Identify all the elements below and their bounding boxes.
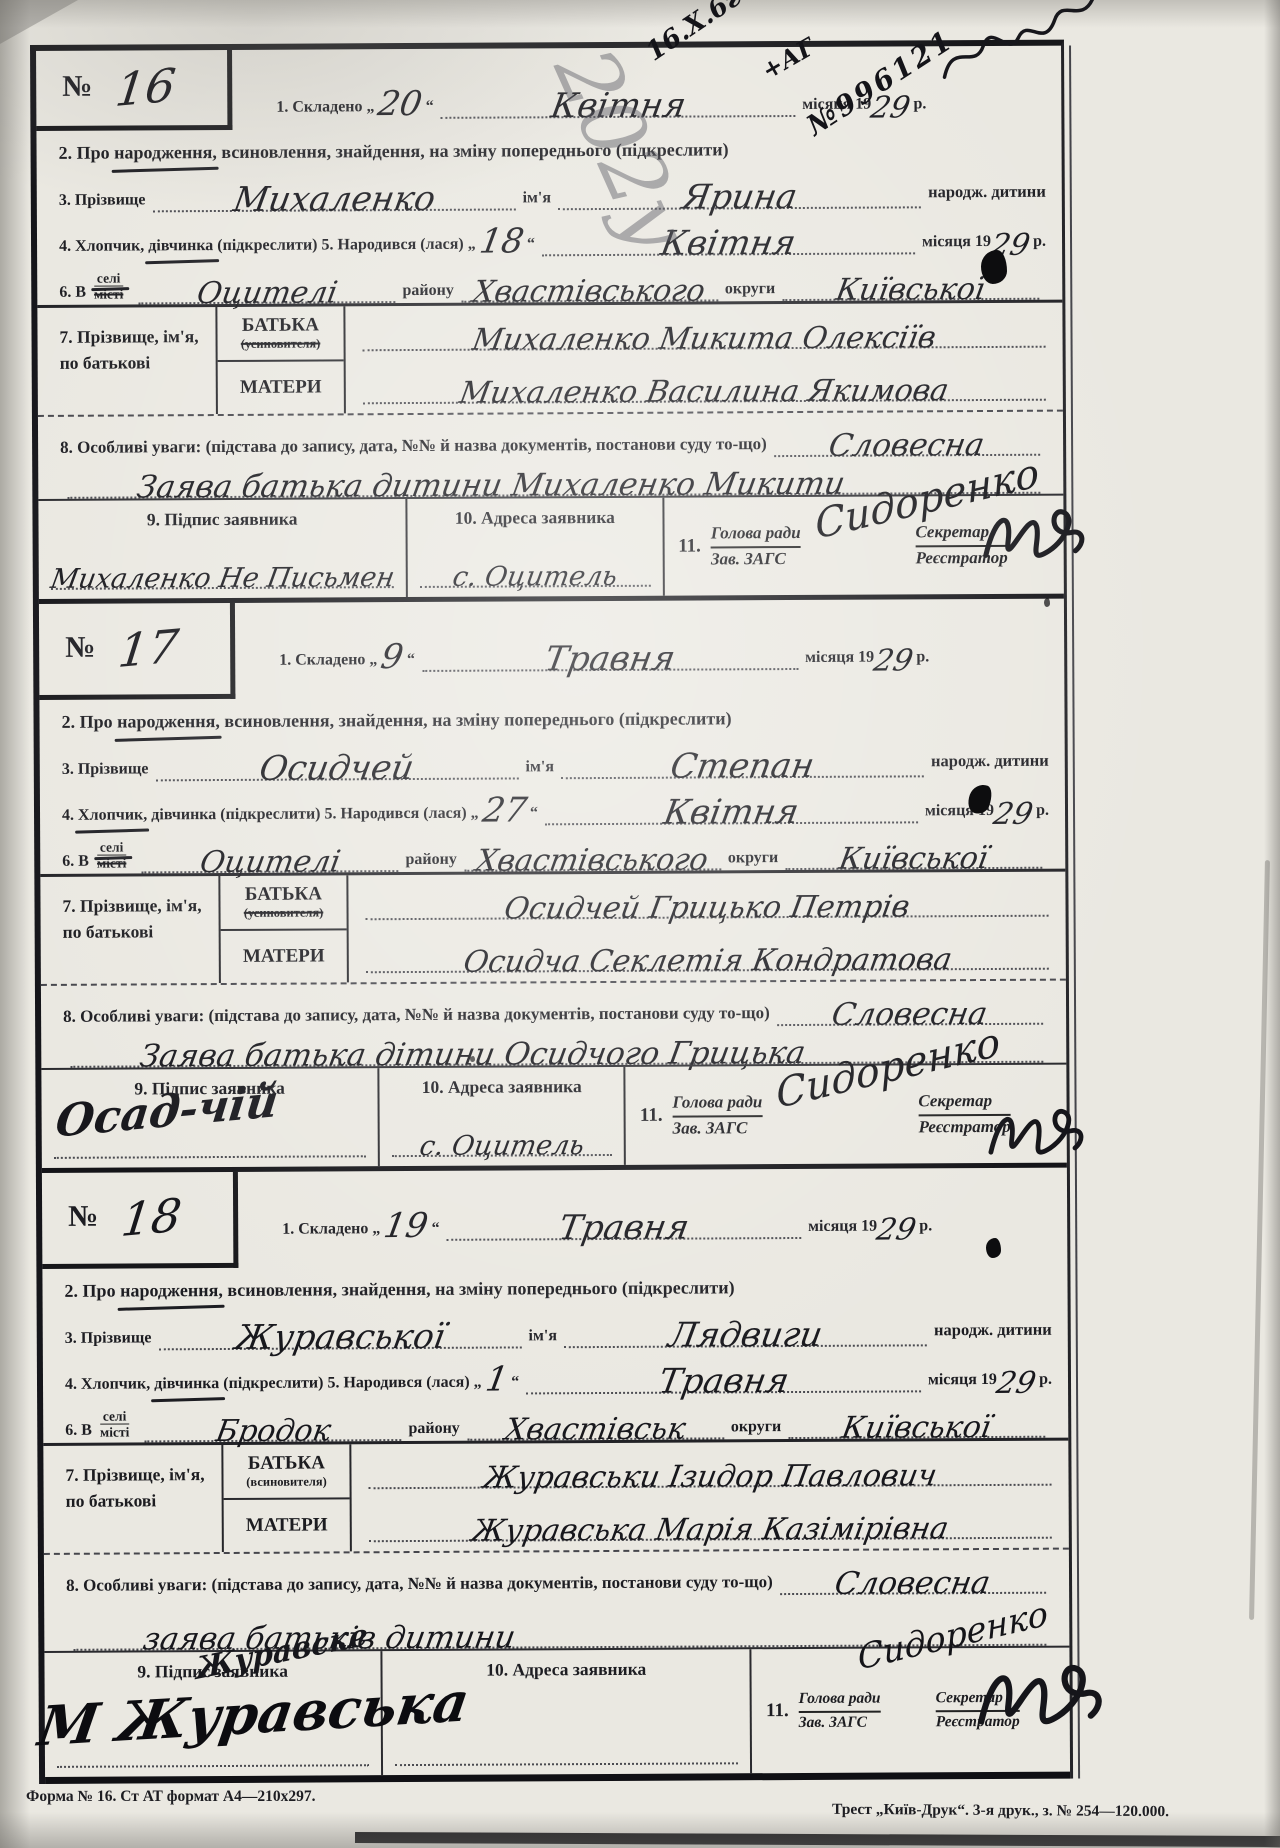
applicant-address-line [395, 1744, 738, 1766]
label-parents: 7. Прізвище, ім'я,по батькові [37, 307, 216, 415]
parents-block: 7. Прізвище, ім'я,по батькові БАТЬКА (ус… [37, 300, 1063, 417]
label-raion: району [405, 851, 456, 872]
year-handwritten: 29 [991, 801, 1034, 827]
remarks-word-line: Словесна [774, 426, 1040, 457]
okruha-line: Київської [785, 840, 1042, 870]
label-name: ім'я [525, 758, 554, 779]
okruha-entry: Київської [837, 846, 990, 872]
child-name-line: Лядвиги [564, 1314, 927, 1348]
head-of-council-labels: Голова радиЗав. ЗАГС [672, 1091, 762, 1140]
child-name-line: Степан [561, 745, 924, 779]
label-r: р. [909, 95, 926, 116]
mother-label-cell: МАТЕРИ [224, 1499, 350, 1552]
raion-line: Хвастівського [461, 272, 718, 302]
record-number: 18 [120, 1196, 184, 1240]
label-r: р. [912, 648, 929, 669]
label-composed: 1. Складено „ [279, 651, 381, 673]
gender-boy: Хлопчик [81, 1375, 146, 1396]
composed-month-line: Травня [447, 1207, 802, 1241]
applicant-signature: Михаленко Не Письмен [49, 567, 396, 592]
signature-row: 9. Підпис заявника Осад-чій 10. Адреса з… [41, 1063, 1067, 1168]
birth-month-entry: Травня [656, 1367, 790, 1397]
label-remarks: 8. Особливі уваги: (підстава до запису, … [63, 1003, 770, 1030]
mother-line: Осидча Секлетія Кондратова [366, 941, 1049, 974]
birth-day-entry: 1 [483, 1366, 510, 1395]
gender-birth-line: 4. Хлопчик , дівчинка (підкреслити) 5. Н… [40, 777, 1065, 828]
event-birth-underlined: народження [117, 711, 215, 736]
gender-birth-line: 4. Хлопчик , дівчинка (підкреслити) 5. Н… [43, 1346, 1068, 1397]
label-r: р. [1032, 802, 1049, 823]
father-label-cell: БАТЬКА (усиновителя) [220, 875, 346, 930]
event-type-line: 2. Про народження , всиновлення, знайден… [36, 126, 1061, 167]
option-city: місті [100, 1425, 129, 1441]
record-17: № 17 1. Складено „ 9 “ Травня місяця 19 … [39, 599, 1067, 1173]
secretary-signature-scrawl [969, 1643, 1110, 1756]
father-line: Михаленко Микита Олексіїв [362, 318, 1045, 351]
birth-month-line: Квітня [545, 791, 918, 825]
raion-entry: Хвастівського [471, 278, 707, 305]
label-month-year: місяця 19 [805, 649, 874, 670]
surname-line: Осидчей [155, 747, 518, 781]
label-applicant-signature: 9. Підпис заявника [38, 499, 405, 534]
label-in: 6. В [62, 853, 89, 874]
parents-block: 7. Прізвище, ім'я,по батькові БАТЬКА (вс… [43, 1438, 1069, 1555]
applicant-signature-line [54, 1155, 366, 1159]
label-adopter-struck: (усиновителя) [241, 336, 321, 351]
applicant-address-line: с. Оцитель [420, 561, 650, 588]
option-village: селі [94, 270, 124, 287]
parent-role-column: БАТЬКА (усиновителя) МАТЕРИ [215, 306, 346, 414]
label-child: народж. дитини [934, 1320, 1052, 1347]
label-born: (підкреслити) 5. Народився (лася) „ [219, 1374, 485, 1396]
no-symbol: № [68, 1200, 98, 1237]
mother-row: Михаленко Василина Якимова [346, 356, 1063, 413]
label-4: 4. [59, 238, 75, 259]
gender-boy: Хлопчик [75, 237, 140, 258]
village-city-options: селі місті [97, 839, 127, 873]
label-about: 2. Про [61, 712, 117, 736]
village-city-options: селі місті [100, 1408, 130, 1442]
officials-cell: 11. Голова радиЗав. ЗАГС Сидоренко Секре… [664, 496, 1064, 596]
label-month-year: місяця 19 [928, 1371, 997, 1392]
comma: , [140, 237, 148, 258]
gender-girl-underlined: дівчинка [154, 1375, 219, 1396]
label-child: народж. дитини [931, 751, 1049, 778]
birth-month-line: Квітня [542, 222, 915, 256]
secretary-signature-scrawl [977, 489, 1090, 586]
label-name: ім'я [523, 189, 552, 210]
record-number-box: № 18 [42, 1172, 238, 1269]
surname-line: Журавської [158, 1316, 521, 1350]
year-handwritten: 29 [994, 1370, 1037, 1396]
remarks-entry: Словесна [827, 432, 986, 459]
label-11: 11. [766, 1700, 789, 1722]
mother-line: Журавська Марія Казімірівна [369, 1510, 1052, 1543]
label-4: 4. [65, 1376, 81, 1397]
label-adopter-struck: (усиновителя) [244, 905, 324, 920]
applicant-signature-cell: 9. Підпис заявника Михаленко Не Письмен [38, 499, 408, 599]
record-number: 17 [117, 627, 181, 671]
label-parents: 7. Прізвище, ім'я,по батькові [40, 876, 219, 984]
remarks-word-line: Словесна [780, 1564, 1046, 1595]
surname-entry: Журавської [233, 1323, 447, 1353]
label-in: 6. В [59, 284, 86, 305]
signature-row: 9. Підпис заявника Михаленко Не Письмен … [38, 494, 1064, 599]
option-village: селі [100, 1408, 130, 1425]
label-surname: 3. Прізвище [59, 191, 146, 212]
label-father: БАТЬКА [242, 314, 319, 336]
birth-month-entry: Квітня [662, 798, 801, 828]
label-raion: району [408, 1420, 459, 1441]
applicant-address-cell: 10. Адреса заявника с. Оцитель [408, 498, 665, 597]
form-footer-note: Форма № 16. Ст АТ формат А4—210х297. [26, 1788, 315, 1809]
okruha-entry: Київської [840, 1415, 993, 1441]
officials-cell: 11. Голова радиЗав. ЗАГС Сидоренко Секре… [626, 1065, 1067, 1165]
event-type-line: 2. Про народження , всиновлення, знайден… [42, 1264, 1067, 1305]
birth-day-entry: 18 [477, 228, 525, 257]
raion-entry: Хвастівськ [503, 1417, 687, 1443]
torn-corner [0, 0, 78, 44]
officials-cell: 11. Голова радиЗав. ЗАГС Сидоренко Секре… [752, 1648, 1070, 1774]
label-event-rest: , всиновлення, знайдення, на зміну попер… [218, 1277, 734, 1304]
village-line: Оцителі [138, 274, 395, 304]
applicant-signature-cell: 9. Підпис заявника Журавске М Журавська [44, 1651, 383, 1777]
label-surname: 3. Прізвище [62, 760, 149, 781]
event-birth-underlined: народження [114, 142, 212, 167]
quote: “ [526, 804, 538, 825]
parent-entries: Михаленко Микита Олексіїв Михаленко Васи… [345, 303, 1063, 414]
label-father: БАТЬКА [245, 883, 322, 905]
head-of-council-labels: Голова радиЗав. ЗАГС [799, 1688, 881, 1733]
ink-speck [470, 1056, 475, 1062]
label-remarks: 8. Особливі уваги: (підстава до запису, … [60, 434, 767, 461]
gender-boy-underlined: Хлопчик [78, 806, 143, 827]
comma: , [143, 806, 151, 827]
parent-role-column: БАТЬКА (всиновителя) МАТЕРИ [221, 1444, 352, 1552]
mother-label-cell: МАТЕРИ [221, 930, 347, 983]
quote: “ [422, 98, 434, 119]
option-village: селі [97, 839, 127, 856]
bottom-edge-shadow [355, 1832, 1280, 1847]
remarks-line: 8. Особливі уваги: (підстава до запису, … [44, 1550, 1069, 1599]
surname-entry: Михаленко [231, 185, 437, 215]
comma: , [146, 1375, 154, 1396]
applicant-address: с. Оцитель [418, 1135, 586, 1159]
label-11: 11. [678, 535, 701, 557]
parent-entries: Журавськи Ізидор Павлович Журавська Марі… [351, 1441, 1069, 1552]
parents-block: 7. Прізвище, ім'я,по батькові БАТЬКА (ус… [40, 869, 1066, 986]
village-entry: Бродок [214, 1418, 333, 1444]
composed-month: Травня [543, 645, 677, 675]
village-line: Бродок [144, 1412, 401, 1442]
label-r: р. [1029, 233, 1046, 254]
label-okruha: округи [725, 280, 775, 301]
label-4: 4. [62, 807, 78, 828]
village-line: Оцителі [141, 843, 398, 873]
scanned-registry-page: 16.X.6г +АГ №996121 202у № 16 1. Складен… [0, 0, 1280, 1848]
raion-line: Хвастівськ [467, 1410, 724, 1440]
label-raion: району [402, 282, 453, 303]
year-handwritten: 29 [874, 1217, 917, 1243]
label-adopter: (всиновителя) [246, 1474, 327, 1489]
father-line: Журавськи Ізидор Павлович [368, 1456, 1051, 1489]
label-r: р. [1035, 1371, 1052, 1392]
applicant-signature-line: Михаленко Не Письмен [51, 562, 394, 590]
father-label-cell: БАТЬКА (всиновителя) [223, 1444, 349, 1499]
father-line: Осидчей Грицько Петрів [365, 887, 1048, 920]
label-born: (підкреслити) 5. Народився (лася) „ [213, 236, 479, 258]
label-remarks: 8. Особливі уваги: (підстава до запису, … [66, 1572, 773, 1599]
printer-footer-note: Трест „Київ-Друк“. 3-я друк., з. № 254—1… [832, 1801, 1169, 1824]
village-entry: Оцителі [195, 280, 339, 306]
mother-label-cell: МАТЕРИ [218, 361, 344, 414]
page-edge-shadow [1249, 860, 1270, 1620]
label-applicant-address: 10. Адреса заявника [380, 1067, 624, 1101]
date-composed-line: 1. Складено „ 19 “ Травня місяця 19 29 р… [238, 1168, 1067, 1268]
ink-blot [981, 250, 1007, 284]
ink-blot [986, 1238, 1001, 1258]
gender-girl: дівчинка [151, 806, 216, 827]
father-entry: Осидчей Грицько Петрів [502, 894, 911, 922]
record-header: № 18 1. Складено „ 19 “ Травня місяця 19… [42, 1168, 1067, 1269]
father-label-cell: БАТЬКА (усиновителя) [217, 306, 343, 361]
label-r: р. [915, 1217, 932, 1238]
signature-row: 9. Підпис заявника Журавске М Журавська … [44, 1646, 1070, 1777]
label-about: 2. Про [59, 143, 115, 167]
label-parents: 7. Прізвище, ім'я,по батькові [43, 1445, 222, 1553]
mother-entry: Журавська Марія Казімірівна [470, 1516, 951, 1544]
village-entry: Оцителі [198, 849, 342, 875]
label-name: ім'я [528, 1327, 557, 1348]
year-handwritten: 29 [871, 648, 914, 674]
record-header: № 17 1. Складено „ 9 “ Травня місяця 19 … [39, 599, 1064, 700]
registry-form: № 16 1. Складено „ 20 “ Квітня місяця 19… [30, 40, 1073, 1784]
composed-day: 20 [376, 90, 424, 119]
label-month-year: місяця 19 [922, 233, 991, 254]
label-about: 2. Про [64, 1281, 120, 1305]
remarks-line: 8. Особливі уваги: (підстава до запису, … [41, 981, 1066, 1030]
applicant-address-line: с. Оцитель [392, 1130, 612, 1157]
mother-entry: Михаленко Василина Якимова [458, 378, 951, 406]
remarks-entry: Словесна [830, 1001, 989, 1028]
label-mother: МАТЕРИ [246, 1514, 328, 1536]
quote: “ [403, 651, 415, 672]
quote: “ [428, 1220, 440, 1241]
record-number-box: № 16 [36, 50, 232, 131]
head-of-council-labels: Голова радиЗав. ЗАГС [711, 522, 801, 571]
surname-entry: Осидчей [258, 754, 416, 784]
label-11: 11. [640, 1105, 663, 1127]
composed-month-line: Травня [422, 638, 798, 672]
mother-row: Осидча Секлетія Кондратова [349, 925, 1066, 982]
place-line: 6. В селі місті Оцителі району Хвастівсь… [40, 823, 1065, 874]
father-row: Осидчей Грицько Петрів [348, 872, 1065, 929]
label-mother: МАТЕРИ [240, 376, 322, 398]
event-type-line: 2. Про народження , всиновлення, знайден… [39, 695, 1064, 736]
applicant-signature-cell: 9. Підпис заявника Осад-чій [41, 1068, 380, 1168]
event-birth-underlined: народження [120, 1280, 218, 1305]
date-composed-line: 1. Складено „ 9 “ Травня місяця 19 29 р. [235, 599, 1064, 699]
okruha-entry: Київської [834, 277, 987, 303]
applicant-signature-line [57, 1764, 369, 1768]
gender-girl-underlined: дівчинка [148, 237, 213, 258]
record-18: № 18 1. Складено „ 19 “ Травня місяця 19… [42, 1168, 1070, 1784]
quote: “ [523, 235, 535, 256]
raion-entry: Хвастівського [474, 847, 710, 874]
surname-line: Михаленко [152, 178, 515, 212]
birth-day-entry: 27 [480, 797, 528, 826]
parent-role-column: БАТЬКА (усиновителя) МАТЕРИ [218, 875, 349, 983]
mother-line: Михаленко Василина Якимова [363, 372, 1046, 405]
father-entry: Михаленко Микита Олексіїв [470, 325, 937, 353]
ink-speck [1044, 598, 1050, 607]
father-entry: Журавськи Ізидор Павлович [481, 1463, 938, 1491]
composed-day: 19 [382, 1212, 430, 1241]
applicant-address-cell: 10. Адреса заявника с. Оцитель [380, 1067, 627, 1166]
record-number-box: № 17 [39, 603, 235, 700]
no-symbol: № [65, 631, 95, 668]
record-number: 16 [114, 66, 178, 110]
secretary-signature-scrawl [971, 1092, 1101, 1179]
record-16: № 16 1. Складено „ 20 “ Квітня місяця 19… [36, 46, 1064, 604]
child-name-entry: Степан [669, 752, 817, 782]
composed-day: 9 [379, 643, 406, 672]
composed-month: Травня [557, 1214, 691, 1244]
village-city-options: селі місті [94, 270, 124, 304]
mother-entry: Осидча Секлетія Кондратова [461, 947, 953, 975]
label-okruha: округи [731, 1418, 781, 1439]
label-month-year: місяця 19 [808, 1218, 877, 1239]
quote: “ [507, 1373, 519, 1394]
label-okruha: округи [728, 849, 778, 870]
mother-row: Журавська Марія Казімірівна [352, 1494, 1069, 1551]
label-father: БАТЬКА [248, 1452, 325, 1474]
label-applicant-address: 10. Адреса заявника [408, 498, 662, 532]
label-in: 6. В [65, 1422, 92, 1443]
father-row: Журавськи Ізидор Павлович [351, 1441, 1068, 1498]
no-symbol: № [62, 70, 92, 107]
label-mother: МАТЕРИ [243, 945, 325, 967]
label-child: народж. дитини [928, 182, 1046, 209]
remarks-line: 8. Особливі уваги: (підстава до запису, … [38, 412, 1063, 461]
applicant-address: с. Оцитель [451, 566, 619, 590]
remarks-entry: Словесна [833, 1570, 992, 1597]
label-composed: 1. Складено „ [276, 98, 378, 120]
label-born: (підкреслити) 5. Народився (лася) „ [216, 805, 482, 827]
label-event-rest: , всиновлення, знайдення, на зміну попер… [215, 708, 731, 735]
father-row: Михаленко Микита Олексіїв [345, 303, 1062, 360]
child-name-entry: Лядвиги [666, 1321, 824, 1351]
remarks-word-line: Словесна [777, 995, 1043, 1026]
label-composed: 1. Складено „ [282, 1220, 384, 1242]
raion-line: Хвастівського [464, 841, 721, 871]
parent-entries: Осидчей Грицько Петрів Осидча Секлетія К… [348, 872, 1066, 983]
gender-birth-line: 4. Хлопчик , дівчинка (підкреслити) 5. Н… [37, 208, 1062, 259]
okruha-line: Київської [788, 1409, 1045, 1439]
label-surname: 3. Прізвище [65, 1329, 152, 1350]
birth-month-line: Травня [526, 1360, 921, 1394]
